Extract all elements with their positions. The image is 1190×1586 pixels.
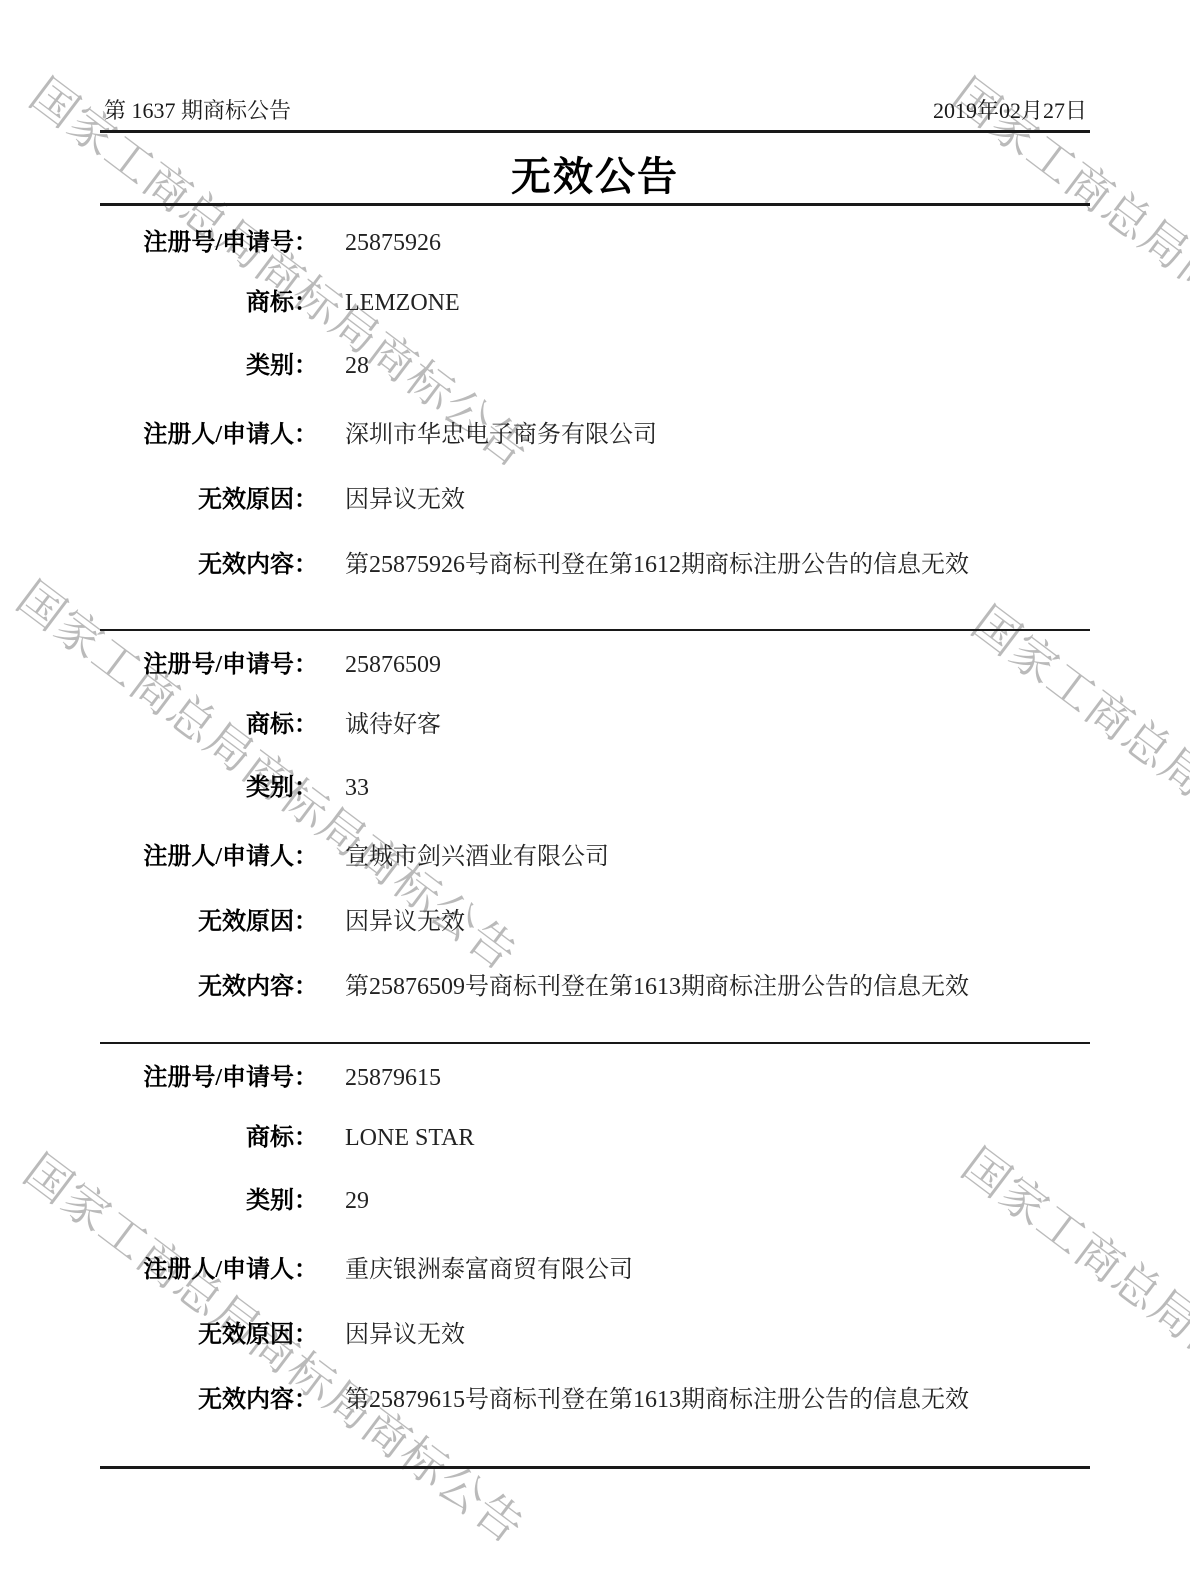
category-value: 28 bbox=[345, 351, 1085, 381]
category-label: 类别： bbox=[0, 351, 318, 381]
reg-no-value: 25879615 bbox=[345, 1063, 1085, 1093]
invalid-content-value: 第25876509号商标刊登在第1613期商标注册公告的信息无效 bbox=[345, 972, 1085, 1002]
trademark-value: LONE STAR bbox=[345, 1123, 1085, 1153]
reg-no-label: 注册号/申请号： bbox=[0, 228, 318, 258]
invalid-reason-label: 无效原因： bbox=[0, 1320, 318, 1350]
invalid-reason-label: 无效原因： bbox=[0, 485, 318, 515]
header-divider-line bbox=[100, 130, 1090, 133]
category-value: 33 bbox=[345, 773, 1085, 803]
trademark-label: 商标： bbox=[0, 710, 318, 740]
invalid-reason-value: 因异议无效 bbox=[345, 485, 1085, 515]
gazette-issue-number: 第 1637 期商标公告 bbox=[104, 94, 291, 125]
category-value: 29 bbox=[345, 1186, 1085, 1216]
registrant-value: 宣城市剑兴酒业有限公司 bbox=[345, 842, 1085, 872]
registrant-label: 注册人/申请人： bbox=[0, 1255, 318, 1285]
reg-no-value: 25876509 bbox=[345, 650, 1085, 680]
gazette-date: 2019年02月27日 bbox=[933, 94, 1087, 125]
registrant-label: 注册人/申请人： bbox=[0, 420, 318, 450]
reg-no-label: 注册号/申请号： bbox=[0, 650, 318, 680]
reg-no-label: 注册号/申请号： bbox=[0, 1063, 318, 1093]
record-divider-line bbox=[100, 1042, 1090, 1044]
category-label: 类别： bbox=[0, 773, 318, 803]
registrant-value: 重庆银洲泰富商贸有限公司 bbox=[345, 1255, 1085, 1285]
reg-no-value: 25875926 bbox=[345, 228, 1085, 258]
invalid-content-label: 无效内容： bbox=[0, 972, 318, 1002]
invalid-reason-value: 因异议无效 bbox=[345, 907, 1085, 937]
invalid-reason-label: 无效原因： bbox=[0, 907, 318, 937]
trademark-value: 诚待好客 bbox=[345, 710, 1085, 740]
invalid-content-value: 第25875926号商标刊登在第1612期商标注册公告的信息无效 bbox=[345, 550, 1085, 580]
trademark-label: 商标： bbox=[0, 1123, 318, 1153]
category-label: 类别： bbox=[0, 1186, 318, 1216]
page-bottom-line bbox=[100, 1466, 1090, 1469]
trademark-label: 商标： bbox=[0, 288, 318, 318]
invalid-content-value: 第25879615号商标刊登在第1613期商标注册公告的信息无效 bbox=[345, 1385, 1085, 1415]
page-title: 无效公告 bbox=[100, 145, 1090, 202]
invalid-reason-value: 因异议无效 bbox=[345, 1320, 1085, 1350]
invalid-content-label: 无效内容： bbox=[0, 1385, 318, 1415]
page-content: 第 1637 期商标公告 2019年02月27日 无效公告 注册号/申请号： 2… bbox=[0, 0, 1190, 1586]
gazette-page: 国家工商总局商标局商标公告 国家工商总局商标局商标公告 国家工商总局商标局商标公… bbox=[0, 0, 1190, 1586]
invalid-content-label: 无效内容： bbox=[0, 550, 318, 580]
trademark-value: LEMZONE bbox=[345, 288, 1085, 318]
registrant-label: 注册人/申请人： bbox=[0, 842, 318, 872]
record-divider-line bbox=[100, 629, 1090, 631]
registrant-value: 深圳市华忠电子商务有限公司 bbox=[345, 420, 1085, 450]
title-divider-line bbox=[100, 203, 1090, 206]
